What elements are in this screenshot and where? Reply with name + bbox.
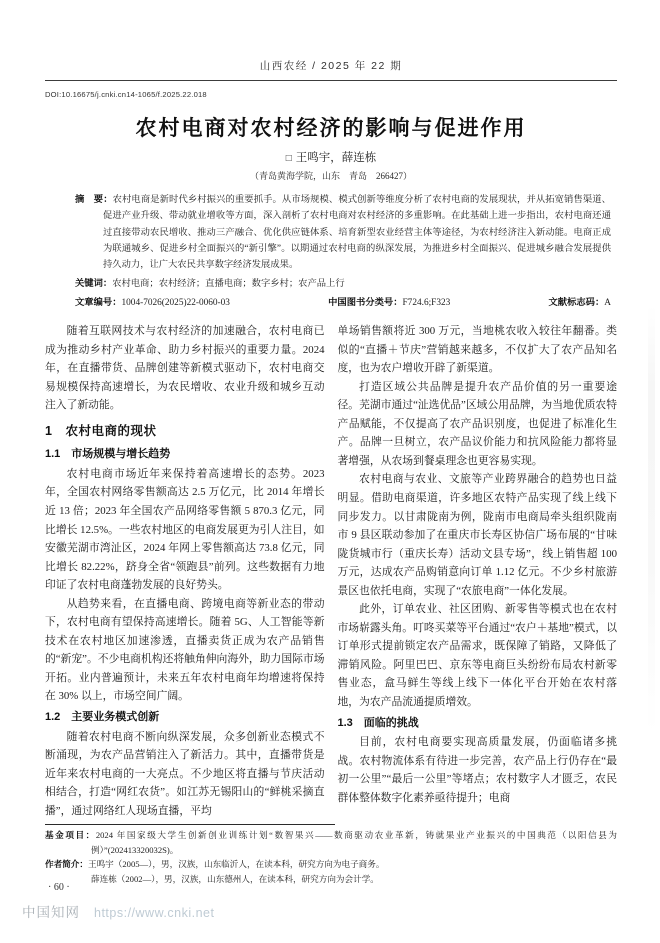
article-number-value: 1004-7026(2025)22-0060-03 [122,298,230,308]
fund-project-label: 基金项目： [45,830,96,840]
article-title: 农村电商对农村经济的影响与促进作用 [45,112,617,142]
article-number-label: 文章编号： [75,297,122,307]
journal-page: 山西农经 / 2025 年 22 期 DOI:10.16675/j.cnki.c… [0,0,660,943]
document-code-value: A [604,298,611,308]
clc-label: 中国图书分类号： [328,297,402,307]
cnki-logo-text: 中国知网 [22,905,80,920]
keywords-text: 农村电商；农村经济；直播电商；数字乡村；农产品上行 [112,279,344,289]
author-bio-line1: 王鸣宇（2005—），男，汉族，山东临沂人，在读本科，研究方向为电子商务。 [88,859,384,869]
header-rule [45,80,617,81]
author-names: 王鸣宇，薛连栋 [296,152,377,164]
body-paragraph: 目前，农村电商要实现高质量发展，仍面临诸多挑战。农村物流体系有待进一步完善，农产… [338,733,618,807]
footnotes: 基金项目：2024 年国家级大学生创新创业训练计划“数智果兴——数商驱动农业革新… [45,828,617,886]
fund-project-text: 2024 年国家级大学生创新创业训练计划“数智果兴——数商驱动农业革新，铸就果业… [91,830,617,855]
clc-value: F724.6;F323 [403,298,451,308]
keywords-block: 关键词：农村电商；农村经济；直播电商；数字乡村；农产品上行 [75,275,611,292]
page-number: · 60 · [48,882,70,893]
footnote-rule [45,824,335,825]
body-paragraph: 从趋势来看，在直播电商、跨境电商等新业态的带动下，农村电商有望保持高速增长。随着… [45,595,325,706]
abstract-block: 摘 要：农村电商是新时代乡村振兴的重要抓手。从市场规模、模式创新等维度分析了农村… [75,191,611,273]
article-meta: 摘 要：农村电商是新时代乡村振兴的重要抓手。从市场规模、模式创新等维度分析了农村… [75,191,611,311]
keywords-label: 关键词： [75,278,112,288]
body-paragraph: 此外，订单农业、社区团购、新零售等模式也在农村市场崭露头角。叮咚买菜等平台通过“… [338,600,618,711]
section-heading-1: 1 农村电商的现状 [45,422,325,441]
body-paragraph: 单场销售额将近 300 万元，当地桃农收入较往年翻番。类似的“直播＋节庆”营销越… [338,322,618,378]
affiliation: （青岛黄海学院，山东 青岛 266427） [45,169,617,182]
body-paragraph: 随着农村电商不断向纵深发展，众多创新业态模式不断涌现，为农产品营销注入了新活力。… [45,728,325,821]
body-paragraph: 农村电商与农业、文旅等产业跨界融合的趋势也日益明显。借助电商渠道，许多地区农特产… [338,470,618,600]
body-paragraph: 农村电商市场近年来保持着高速增长的态势。2023 年，全国农村网络零售额高达 2… [45,465,325,595]
author-bio-label: 作者简介： [45,859,88,869]
cnki-watermark: 中国知网https://www.cnki.net [22,901,214,922]
document-code: 文献标志码：A [548,294,611,311]
doi-text: DOI:10.16675/j.cnki.cn14-1065/f.2025.22.… [45,90,617,99]
article-info-row: 文章编号：1004-7026(2025)22-0060-03 中国图书分类号：F… [75,294,611,311]
author-marker-icon: □ [286,153,292,164]
scan-artifact [648,305,655,735]
fund-project-note: 基金项目：2024 年国家级大学生创新创业训练计划“数智果兴——数商驱动农业革新… [45,828,617,857]
author-bio-line2: 薛连栋（2002—），男，汉族，山东德州人，在读本科，研究方向为会计学。 [45,872,617,887]
article-number: 文章编号：1004-7026(2025)22-0060-03 [75,294,230,311]
abstract-label: 摘 要： [75,194,113,204]
abstract-text: 农村电商是新时代乡村振兴的重要抓手。从市场规模、模式创新等维度分析了农村电商的发… [103,195,611,270]
article-body: 随着互联网技术与农村经济的加速融合，农村电商已成为推动乡村产业革命、助力乡村振兴… [45,322,617,821]
subsection-heading-1-2: 1.2 主要业务模式创新 [45,708,325,727]
left-column: 随着互联网技术与农村经济的加速融合，农村电商已成为推动乡村产业革命、助力乡村振兴… [45,322,325,821]
document-code-label: 文献标志码： [548,297,604,307]
body-paragraph: 打造区域公共品牌是提升农产品价值的另一重要途径。芜湖市通过“沚选优品”区域公用品… [338,378,618,471]
clc-number: 中国图书分类号：F724.6;F323 [328,294,450,311]
journal-header: 山西农经 / 2025 年 22 期 [45,58,617,73]
subsection-heading-1-1: 1.1 市场规模与增长趋势 [45,445,325,464]
right-column: 单场销售额将近 300 万元，当地桃农收入较往年翻番。类似的“直播＋节庆”营销越… [338,322,618,821]
author-bio-note: 作者简介：王鸣宇（2005—），男，汉族，山东临沂人，在读本科，研究方向为电子商… [45,857,617,872]
body-paragraph: 随着互联网技术与农村经济的加速融合，农村电商已成为推动乡村产业革命、助力乡村振兴… [45,322,325,415]
cnki-url-text: https://www.cnki.net [94,906,214,920]
authors-line: □王鸣宇，薛连栋 [45,149,617,165]
subsection-heading-1-3: 1.3 面临的挑战 [338,714,618,733]
